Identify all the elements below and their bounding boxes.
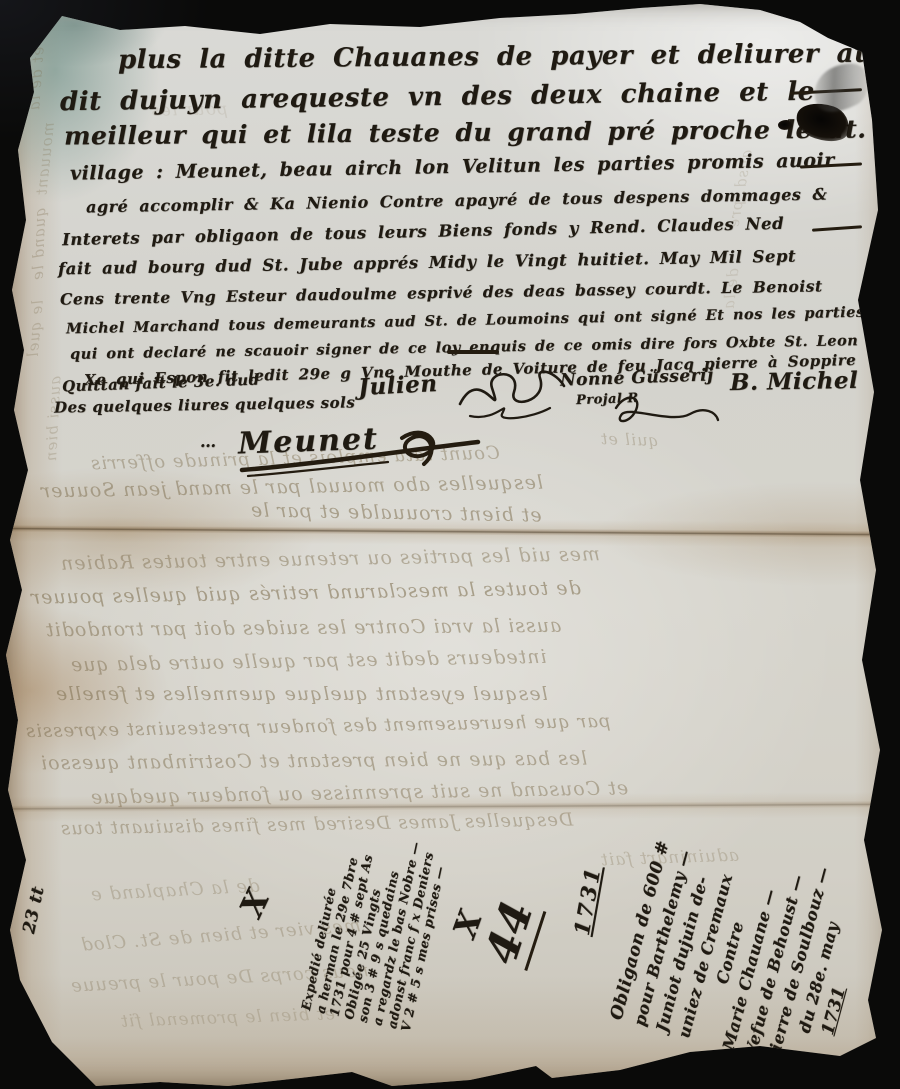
bleedthrough-line: les bas que ne bien prestant et Costrinb…	[40, 748, 587, 775]
ink-blot-dot	[778, 120, 792, 130]
closing-line: Des quelques liures quelques sols	[54, 393, 355, 416]
expedition-x-mark: X	[445, 906, 489, 943]
expedition-note-block: Expedié deliurée a herman le 29e 7bre 17…	[299, 837, 451, 1034]
manuscript-line: dit dujuyn arequeste vn des deux chaine …	[60, 77, 815, 118]
manuscript-line: Cens trente Vng Esteur daudoulme esprivé…	[60, 276, 823, 308]
manuscript-line: meilleur qui et lila teste du grand pré …	[64, 114, 867, 150]
docket-block: Obligaon de 600 # pour Barthelemy — Juni…	[606, 775, 895, 1077]
bleedthrough-line: de toutes la mesclarund retirés quid que…	[30, 577, 581, 609]
expedition-figure-44: 44	[476, 895, 547, 971]
signature-projal-flourish	[612, 390, 722, 430]
bleedthrough-top-fragment: mouuant	[32, 121, 58, 197]
signature-meunet-flourish	[228, 420, 498, 480]
manuscript-line: Michel Marchand tous demeurants aud St. …	[66, 304, 865, 338]
manuscript-line: agré accomplir & Ka Nienio Contre apayré…	[86, 185, 828, 217]
bleedthrough-line: aussi la vrai Contre les suides doit par…	[45, 615, 561, 642]
manuscript-paper: et de la mouuant quand le le quel aussi …	[0, 0, 900, 1089]
margin-amount-mark: 23 tt	[19, 885, 48, 936]
bleedthrough-right-fragment: quil et	[600, 429, 659, 450]
photo-stage: et de la mouuant quand le le quel aussi …	[0, 0, 900, 1089]
manuscript-line: plus la ditte Chauanes de payer et deliu…	[118, 39, 874, 76]
bleedthrough-line: lesquel eyestant quelque quennelles et f…	[55, 683, 548, 705]
ink-dash	[447, 350, 499, 354]
signature-michel: B. Michel	[730, 367, 859, 396]
margin-x-mark: X	[232, 883, 277, 922]
signature-julien: Julien	[357, 370, 438, 401]
signature-nonne: Nonne Güsserij	[560, 365, 714, 390]
manuscript-line: village : Meunet, beau airch lon Velitun…	[70, 149, 835, 184]
bleedthrough-line: intedeurs dedit est par quelle outre del…	[70, 646, 547, 676]
expedition-year-large: 1731	[569, 864, 606, 938]
bleedthrough-top-fragment: quand le	[29, 207, 50, 282]
bleedthrough-top-fragment: aussi bien	[42, 375, 65, 462]
ink-dash	[812, 225, 862, 231]
manuscript-line: fait aud bourg dud St. Jube apprés Midy …	[58, 247, 796, 279]
bleedthrough-top-fragment: le quel	[24, 299, 47, 359]
meunet-prefix-dots: …	[200, 432, 217, 451]
bleedthrough-line: par que heureusement des fondeur prestes…	[25, 711, 611, 742]
bleedthrough-top-fragment: et de la	[25, 46, 47, 112]
manuscript-line: Interets par obligaon de tous leurs Bien…	[62, 214, 784, 249]
bleedthrough-line: mes uid les parties ou retenue entre tou…	[60, 543, 600, 574]
